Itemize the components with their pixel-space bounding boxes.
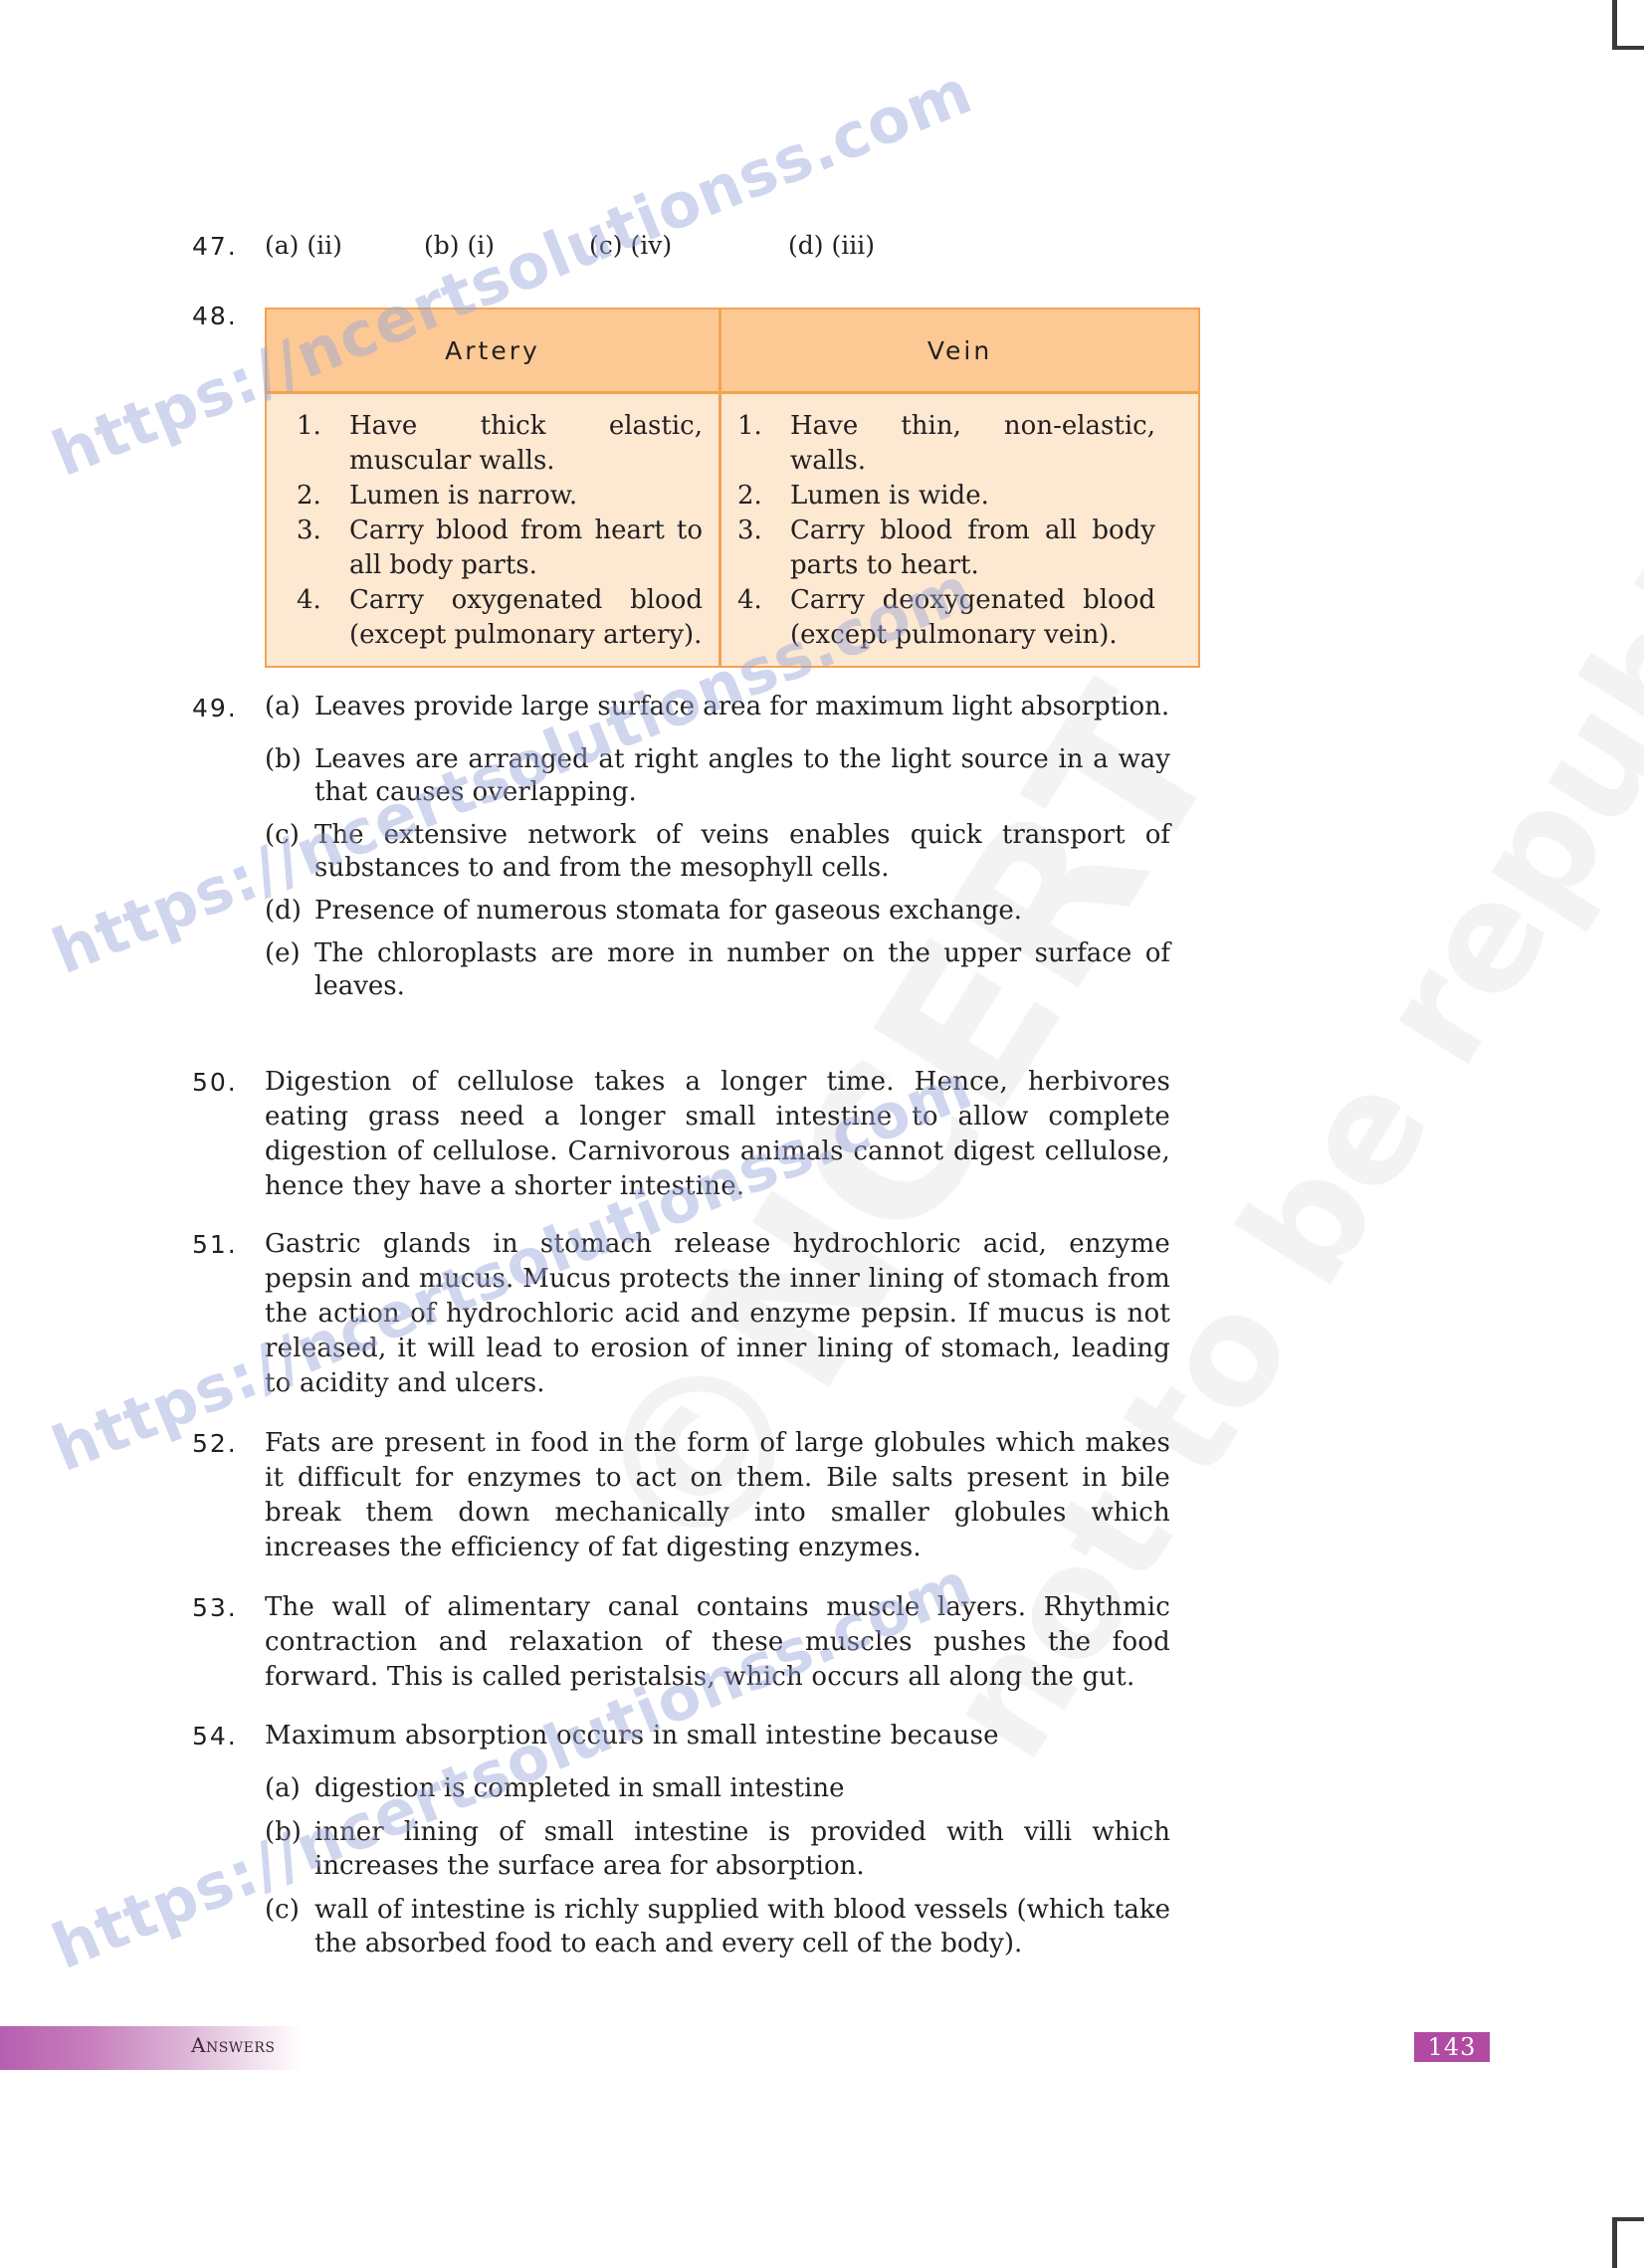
vein-column: 1.Have thin, non-elastic, walls.2.Lumen … (737, 409, 1155, 653)
item-text: Lumen is narrow. (349, 479, 703, 514)
question-number: 49. (192, 694, 238, 722)
list-item: 2.Lumen is wide. (737, 479, 1155, 514)
item-text: The chloroplasts are more in number on t… (314, 937, 1170, 1003)
question-number: 54. (192, 1722, 238, 1751)
question-number: 52. (192, 1429, 238, 1458)
list-item: 3.Carry blood from heart to all body par… (297, 514, 703, 583)
item-text: inner lining of small intestine is provi… (314, 1815, 1170, 1883)
item-marker: 1. (297, 409, 349, 479)
item-text: Leaves are arranged at right angles to t… (314, 743, 1170, 809)
item-marker: 4. (297, 583, 349, 653)
list-item: 2.Lumen is narrow. (297, 479, 703, 514)
item-marker: (b) (265, 1815, 314, 1883)
list-item: 1.Have thin, non-elastic, walls. (737, 409, 1155, 479)
item-marker: (e) (265, 937, 314, 1003)
item-text: Leaves provide large surface area for ma… (314, 691, 1170, 723)
crop-mark-bottom (1612, 2217, 1617, 2268)
item-text: Carry oxygenated blood (except pulmonary… (349, 583, 703, 653)
section-label: Answers (191, 2033, 276, 2057)
question-number: 48. (192, 302, 238, 330)
question-number: 50. (192, 1068, 238, 1097)
question-number: 53. (192, 1593, 238, 1622)
item-marker: (c) (265, 1893, 314, 1960)
table-header-vein: Vein (721, 309, 1198, 391)
item-marker: (a) (265, 691, 314, 723)
item-text: The extensive network of veins enables q… (314, 819, 1170, 885)
question-number: 47. (192, 232, 238, 261)
q49-list: (a)Leaves provide large surface area for… (265, 691, 1170, 1003)
item-marker: 4. (737, 583, 790, 653)
item-text: Carry blood from heart to all body parts… (349, 514, 703, 583)
item-marker: 1. (737, 409, 790, 479)
item-text: Lumen is wide. (790, 479, 1155, 514)
list-item: (b)Leaves are arranged at right angles t… (265, 743, 1170, 809)
item-marker: (d) (265, 895, 314, 928)
item-text: Have thick elastic, muscular walls. (349, 409, 703, 479)
item-marker: 2. (297, 479, 349, 514)
q47-answer: (c) (iv) (589, 231, 672, 260)
list-item: (b)inner lining of small intestine is pr… (265, 1815, 1170, 1883)
list-item: (a)Leaves provide large surface area for… (265, 691, 1170, 723)
document-page: ©NCERT not to be republished 47. (a) (ii… (0, 0, 1644, 2268)
list-item: (a)digestion is completed in small intes… (265, 1771, 1170, 1805)
q47-answer: (b) (i) (424, 231, 495, 260)
list-item: (c)wall of intestine is richly supplied … (265, 1893, 1170, 1960)
item-text: Presence of numerous stomata for gaseous… (314, 895, 1170, 928)
list-item: 4.Carry deoxygenated blood (except pulmo… (737, 583, 1155, 653)
list-item: 3.Carry blood from all body parts to hea… (737, 514, 1155, 583)
answer-text: Fats are present in food in the form of … (265, 1426, 1170, 1565)
list-item: (e)The chloroplasts are more in number o… (265, 937, 1170, 1003)
answer-text: Gastric glands in stomach release hydroc… (265, 1227, 1170, 1401)
item-marker: (a) (265, 1771, 314, 1805)
artery-vein-table: Artery Vein 1.Have thick elastic, muscul… (265, 308, 1200, 668)
page-number: 143 (1414, 2032, 1490, 2062)
answer-text: Digestion of cellulose takes a longer ti… (265, 1065, 1170, 1204)
item-text: Carry deoxygenated blood (except pulmona… (790, 583, 1155, 653)
item-text: digestion is completed in small intestin… (314, 1771, 1170, 1805)
item-text: wall of intestine is richly supplied wit… (314, 1893, 1170, 1960)
item-marker: 3. (297, 514, 349, 583)
table-header-artery: Artery (267, 309, 719, 391)
answer-text: Maximum absorption occurs in small intes… (265, 1719, 1170, 1753)
question-number: 51. (192, 1230, 238, 1259)
item-marker: 3. (737, 514, 790, 583)
q47-answer: (d) (iii) (788, 231, 875, 260)
item-text: Carry blood from all body parts to heart… (790, 514, 1155, 583)
artery-column: 1.Have thick elastic, muscular walls.2.L… (297, 409, 703, 653)
item-marker: 2. (737, 479, 790, 514)
crop-mark-top (1612, 46, 1644, 50)
q54-list: (a)digestion is completed in small intes… (265, 1771, 1170, 1960)
crop-mark-top (1612, 0, 1617, 50)
q47-answer: (a) (ii) (265, 231, 342, 260)
list-item: (d)Presence of numerous stomata for gase… (265, 895, 1170, 928)
list-item: (c)The extensive network of veins enable… (265, 819, 1170, 885)
item-marker: (b) (265, 743, 314, 809)
list-item: 1.Have thick elastic, muscular walls. (297, 409, 703, 479)
list-item: 4.Carry oxygenated blood (except pulmona… (297, 583, 703, 653)
item-marker: (c) (265, 819, 314, 885)
item-text: Have thin, non-elastic, walls. (790, 409, 1155, 479)
answer-text: The wall of alimentary canal contains mu… (265, 1590, 1170, 1695)
